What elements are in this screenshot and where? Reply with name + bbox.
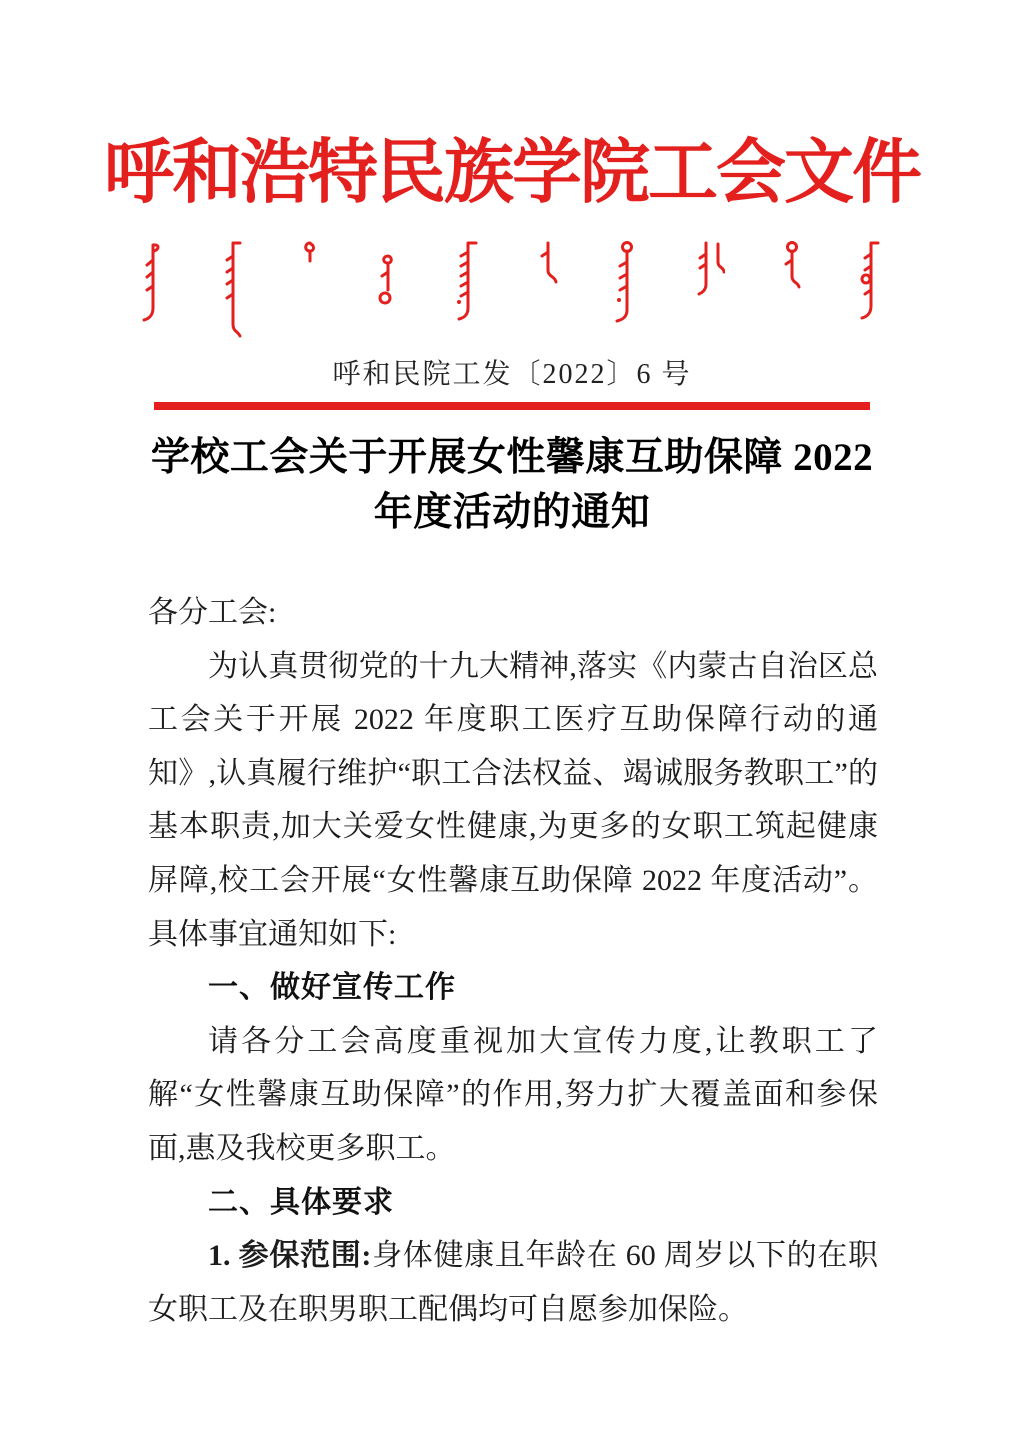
mongolian-script-row (142, 240, 882, 340)
mongolian-word-icon (860, 240, 882, 322)
document-page: 呼和浩特民族学院工会文件 (0, 0, 1024, 1448)
mongolian-word-icon (456, 240, 480, 322)
mongolian-word-icon (301, 240, 319, 264)
section-heading-1: 一、做好宣传工作 (148, 961, 878, 1015)
paragraph-2: 请各分工会高度重视加大宣传力度,让教职工了解“女性馨康互助保障”的作用,努力扩大… (148, 1015, 878, 1176)
paragraph-1: 为认真贯彻党的十九大精神,落实《内蒙古自治区总工会关于开展 2022 年度职工医… (148, 640, 878, 962)
mongolian-word-icon (377, 248, 399, 310)
mongolian-word-icon (538, 240, 558, 284)
notice-title: 学校工会关于开展女性馨康互助保障 2022 年度活动的通知 (100, 430, 924, 540)
notice-title-line2: 年度活动的通知 (100, 485, 924, 540)
section-heading-2: 二、具体要求 (148, 1176, 878, 1230)
masthead-title: 呼和浩特民族学院工会文件 (0, 132, 1024, 216)
notice-title-line1: 学校工会关于开展女性馨康互助保障 2022 (100, 430, 924, 485)
mongolian-word-icon (142, 240, 164, 322)
notice-body: 各分工会: 为认真贯彻党的十九大精神,落实《内蒙古自治区总工会关于开展 2022… (148, 586, 878, 1336)
red-divider-line (154, 402, 870, 410)
mongolian-word-icon (782, 240, 802, 290)
item-1: 1. 参保范围:身体健康且年龄在 60 周岁以下的在职女职工及在职男职工配偶均可… (148, 1229, 878, 1336)
item-1-label: 1. 参保范围: (208, 1239, 371, 1272)
mongolian-word-icon (697, 240, 725, 298)
doc-number: 呼和民院工发〔2022〕6 号 (0, 352, 1024, 392)
salutation: 各分工会: (148, 586, 878, 640)
mongolian-word-icon (222, 240, 244, 338)
mongolian-word-icon (615, 240, 639, 326)
